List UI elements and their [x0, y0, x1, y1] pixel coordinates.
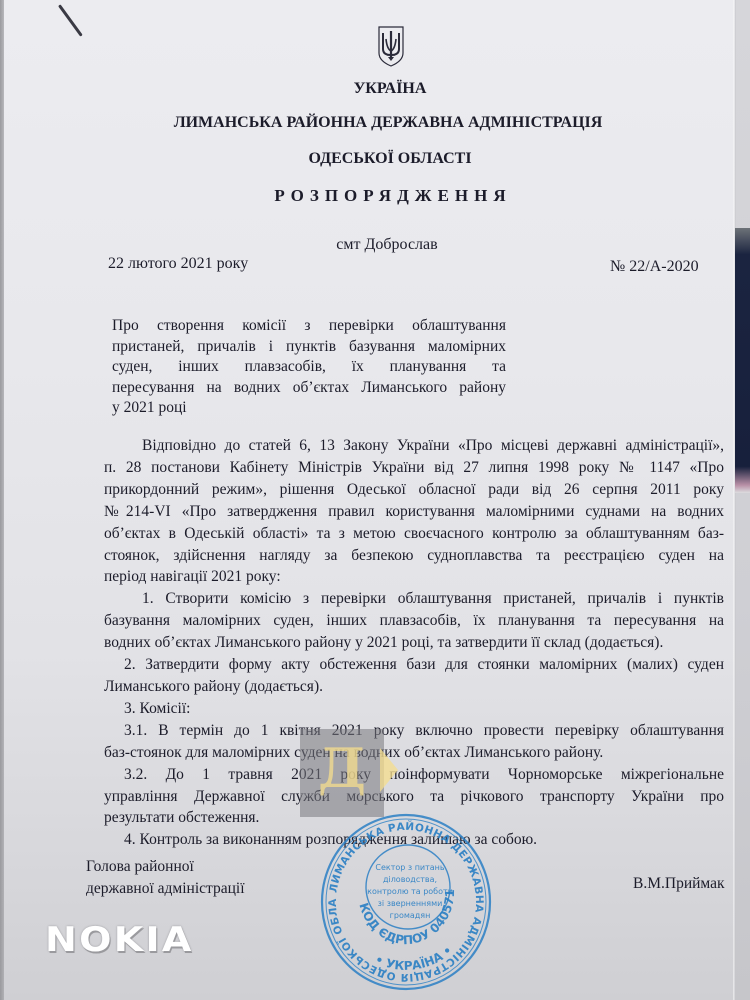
body-line: управління Державної служби морського та…	[104, 786, 724, 808]
issue-date: 22 лютого 2021 року	[108, 255, 248, 273]
body-line: Відповідно до статей 6, 13 Закону Україн…	[104, 435, 724, 457]
body-line: період навігації 2021 року:	[104, 566, 724, 588]
header-country: УКРАЇНА	[15, 80, 750, 98]
subject-line: пересування на водних об’єктах Лимансько…	[112, 378, 506, 399]
document-number: № 22/А-2020	[610, 258, 699, 276]
signatory-name: В.М.Приймак	[633, 875, 725, 893]
device-brand-logo: NOKIA	[45, 920, 194, 960]
watermark-letter: Д	[318, 738, 366, 798]
background-object	[735, 228, 750, 493]
body-line: №214-VI «Про затвердження правил користу…	[104, 501, 724, 523]
signatory-title-line: Голова районної	[86, 856, 245, 878]
document-body: Відповідно до статей 6, 13 Закону Україн…	[104, 435, 724, 851]
stamp-inner-line: діловодства,	[383, 875, 437, 884]
stamp-outer-text: ЛИМАНСЬКА РАЙОННА ДЕРЖАВНА АДМІНІСТРАЦІЯ…	[318, 812, 485, 983]
stamp-inner-line: зі зверненнями	[378, 899, 443, 908]
order-item-2: 2. Затвердити форму акту обстеження бази…	[104, 654, 724, 676]
order-item-3-2: 3.2. До 1 травня 2021 року поінформувати…	[104, 764, 724, 786]
subject-line: пристаней, причалів і пунктів базування …	[112, 337, 506, 358]
header-administration: ЛИМАНСЬКА РАЙОННА ДЕРЖАВНА АДМІНІСТРАЦІЯ	[13, 114, 750, 132]
body-line: п. 28 постанови Кабінету Міністрів Украї…	[104, 457, 724, 479]
body-line: баз-стоянок для маломірних суден на водн…	[104, 742, 724, 764]
body-line: Лиманського району (додається).	[104, 676, 724, 698]
official-stamp: ЛИМАНСЬКА РАЙОННА ДЕРЖАВНА АДМІНІСТРАЦІЯ…	[318, 812, 494, 992]
stamp-inner-line: контролю та роботи	[367, 887, 453, 896]
order-item-3: 3. Комісії:	[104, 698, 724, 720]
header-oblast: ОДЕСЬКОЇ ОБЛАСТІ	[15, 150, 750, 168]
watermark-chevron-icon	[380, 748, 398, 792]
body-line: стоянок, здійснення нагляду за безпекою …	[104, 545, 724, 567]
subject-line: Про створення комісії з перевірки облашт…	[112, 316, 506, 337]
body-line: об’єктах в Одеській області» та з метою …	[104, 523, 724, 545]
document-subject: Про створення комісії з перевірки облашт…	[112, 316, 506, 419]
body-line: водних об’єктах Лиманського району у 202…	[104, 632, 724, 654]
issue-place: смт Доброслав	[0, 236, 750, 254]
order-item-3-1: 3.1. В термін до 1 квітня 2021 року вклю…	[104, 720, 724, 742]
ukraine-trident-icon	[377, 25, 405, 67]
document-type-title: РОЗПОРЯДЖЕННЯ	[18, 186, 750, 206]
subject-line: суден, інших плавзасобів, їх планування …	[112, 357, 506, 378]
stamp-inner-line: Сектор з питань	[375, 863, 445, 872]
subject-line: у 2021 році	[112, 398, 506, 419]
order-item-1: 1. Створити комісію з перевірки облаштув…	[104, 588, 724, 610]
body-line: прикордонний режим», рішення Одеської об…	[104, 479, 724, 501]
signatory-title-line: державної адміністрації	[86, 878, 245, 900]
svg-text:ЛИМАНСЬКА РАЙОННА ДЕРЖАВНА АДМ: ЛИМАНСЬКА РАЙОННА ДЕРЖАВНА АДМІНІСТРАЦІЯ…	[318, 812, 485, 983]
body-line: базування маломірних суден, інших плавза…	[104, 610, 724, 632]
stamp-inner-line: громадян	[390, 911, 431, 920]
signatory-title: Голова районної державної адміністрації	[86, 856, 245, 900]
